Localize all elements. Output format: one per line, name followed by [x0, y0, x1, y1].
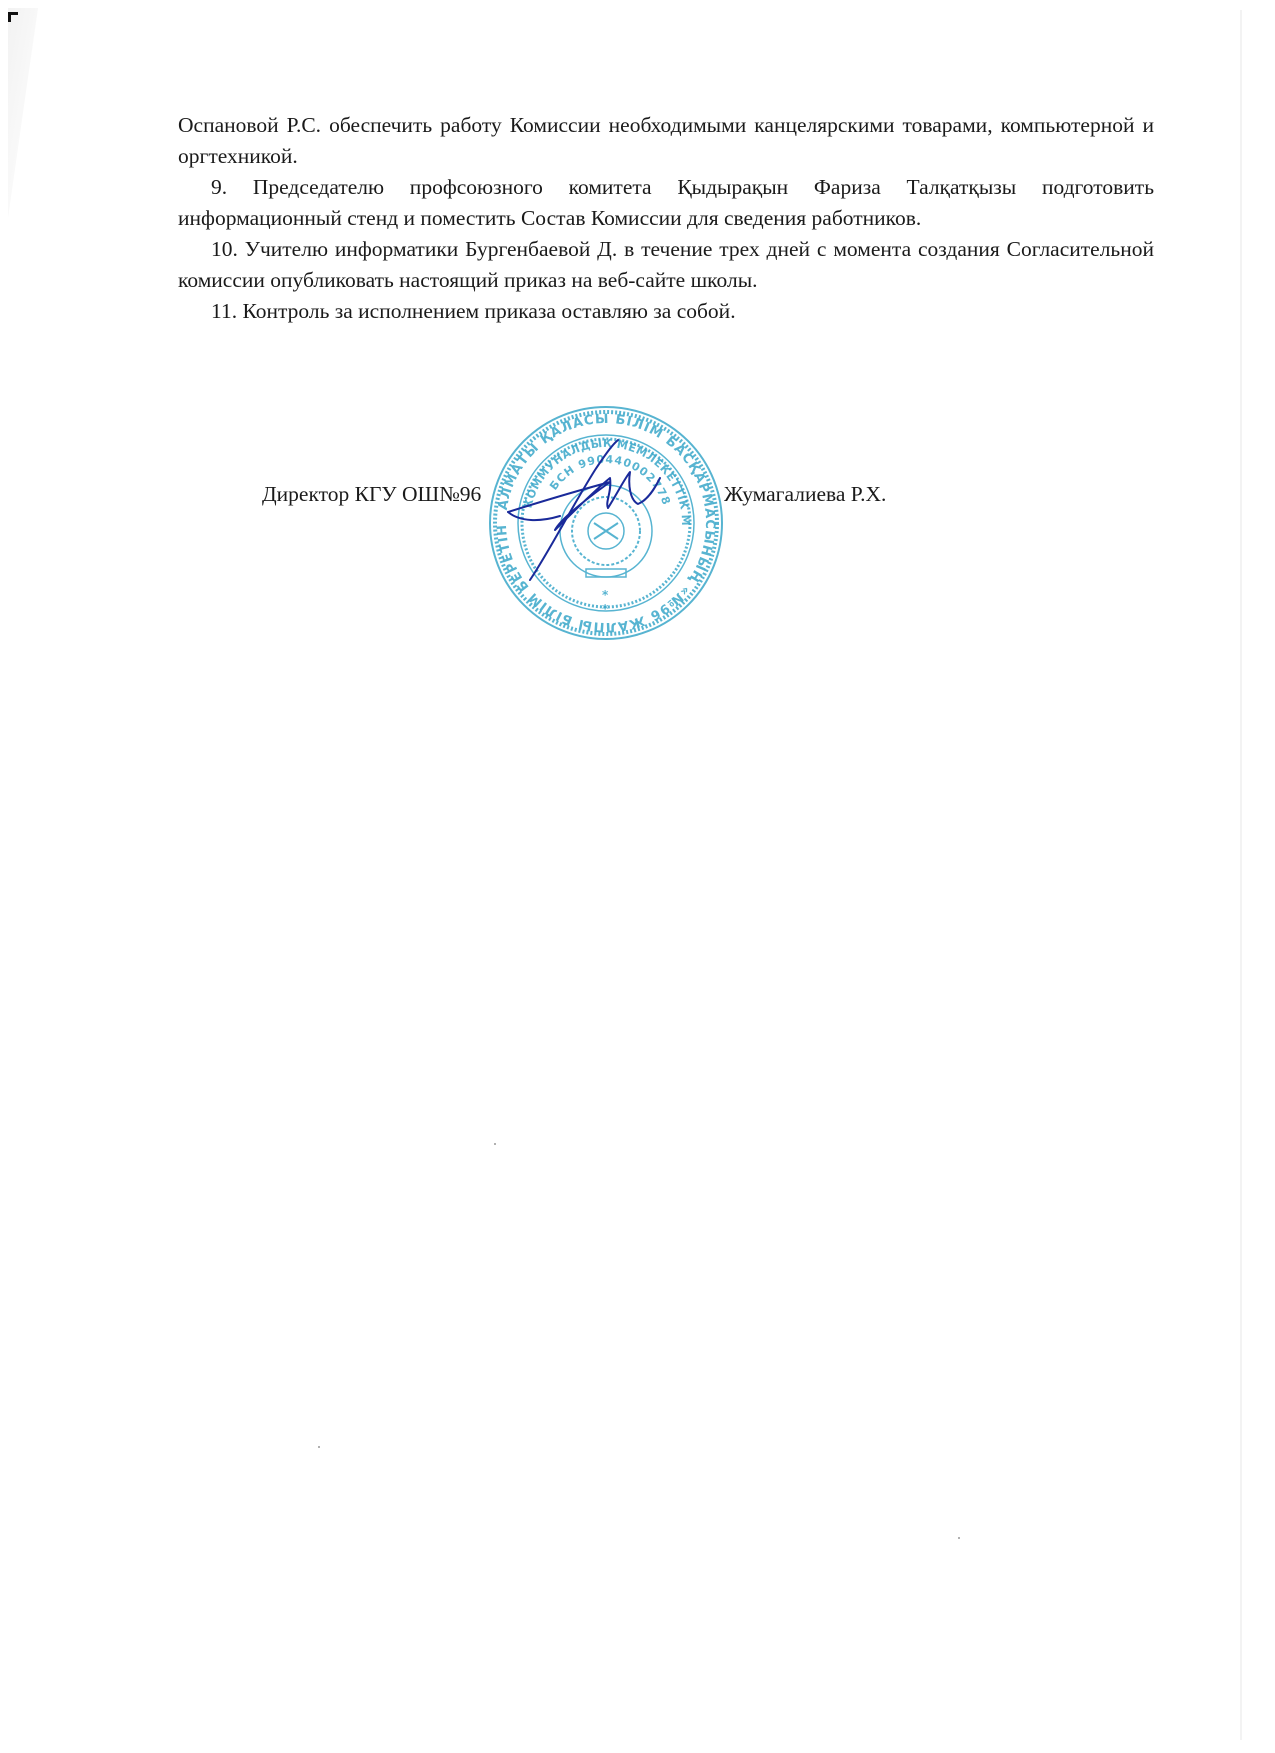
signatory-name: Жумагалиева Р.Х.	[724, 482, 886, 507]
scan-corner-mark	[8, 12, 18, 22]
document-body: Оспановой Р.С. обеспечить работу Комисси…	[178, 110, 1154, 327]
scan-speck	[494, 1143, 496, 1145]
paragraph-11: 11. Контроль за исполнением приказа оста…	[178, 296, 1154, 327]
signatory-title: Директор КГУ ОШ№96	[262, 482, 481, 507]
handwritten-signature-icon	[500, 430, 670, 590]
paragraph-10: 10. Учителю информатики Бургенбаевой Д. …	[178, 234, 1154, 296]
paragraph-8-continued: Оспановой Р.С. обеспечить работу Комисси…	[178, 110, 1154, 172]
scan-speck	[318, 1446, 320, 1448]
scan-speck	[958, 1537, 960, 1539]
svg-text:*: *	[602, 588, 609, 602]
paragraph-9: 9. Председателю профсоюзного комитета Қы…	[178, 172, 1154, 234]
svg-text:*: *	[602, 602, 609, 616]
scan-page-edge	[1240, 10, 1242, 1740]
scan-page-fold	[8, 8, 38, 218]
